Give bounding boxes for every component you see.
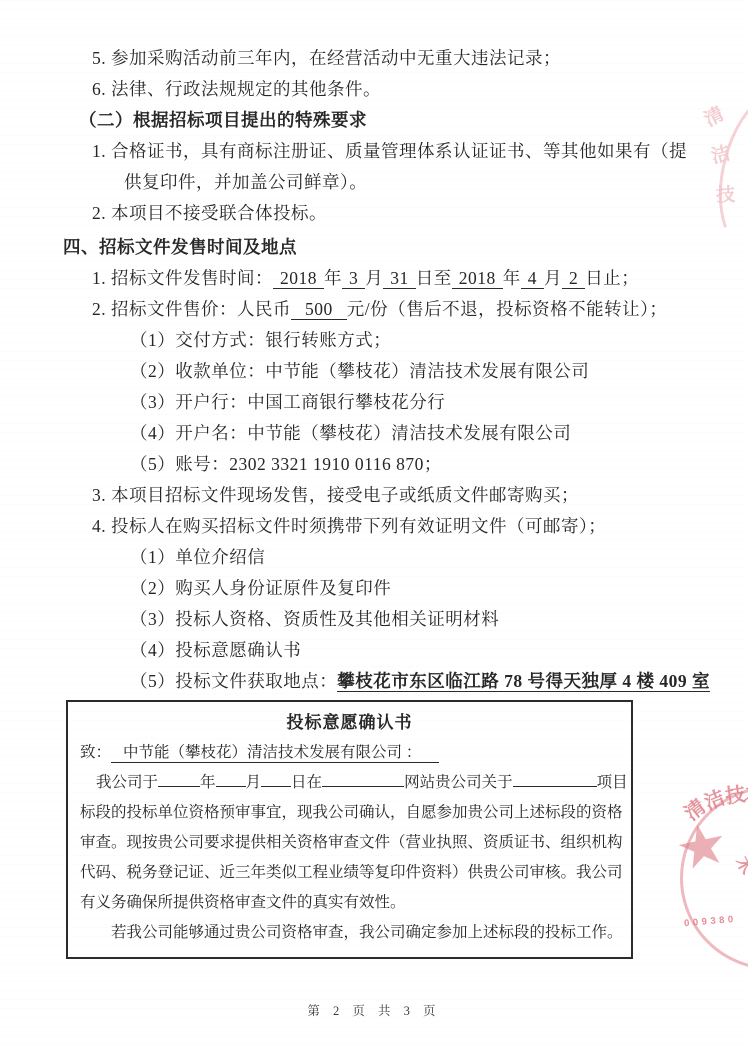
unit-day-to: 日至: [416, 268, 452, 288]
section-heading-sale-time-place: 四、招标文件发售时间及地点: [0, 232, 748, 263]
unit-year: 年: [324, 268, 342, 288]
clause-line: 2. 本项目不接受联合体投标。: [0, 198, 748, 229]
blank-project: [513, 771, 597, 788]
sale-time-line: 1. 招标文件发售时间：2018年3月31日至2018年4月2日止；: [0, 263, 748, 294]
unit-month: 月: [365, 268, 383, 288]
unit-month: 月: [544, 268, 562, 288]
sale-start-year: 2018: [273, 268, 324, 289]
fill-p2: 年: [200, 774, 216, 791]
confirmation-paragraph: 审查。现按贵公司要求提供相关资格审查文件（营业执照、资质证书、组织机构: [80, 828, 619, 858]
payment-method-line: （1）交付方式：银行转账方式；: [0, 325, 748, 356]
seal-arc-text: 清: [677, 791, 711, 826]
price-suffix: 元/份（售后不退，投标资格不能转让）；: [347, 299, 668, 319]
seal-star-icon: ★: [671, 813, 734, 881]
bid-intent-confirmation-box: 投标意愿确认书 致：中节能（攀枝花）清洁技术发展有限公司 ： 我公司于年月日在网…: [66, 700, 633, 959]
company-seal-stamp: 清 洁 技 术 术 ★ 009380: [676, 778, 748, 964]
price-prefix: 2. 招标文件售价：人民币: [92, 299, 291, 319]
required-doc-2: （2）购买人身份证原件及复印件: [0, 573, 748, 604]
addressee-label: 致：: [80, 744, 111, 761]
pickup-address: 攀枝花市东区临江路 78 号得天独厚 4 楼 409 室: [337, 671, 710, 692]
blank-year: [158, 771, 200, 788]
account-number-line: （5）账号：2302 3321 1910 0116 870；: [0, 449, 748, 480]
unit-day-end: 日止；: [585, 268, 639, 288]
unit-year: 年: [503, 268, 521, 288]
sale-end-year: 2018: [452, 268, 503, 289]
fill-in-blank-line: 我公司于年月日在网站贵公司关于项目: [80, 768, 619, 798]
account-name-line: （4）开户名：中节能（攀枝花）清洁技术发展有限公司: [0, 418, 748, 449]
blank-month: [216, 771, 246, 788]
fill-p5: 网站贵公司关于: [404, 774, 513, 791]
sale-end-month: 4: [521, 268, 544, 289]
address-prefix: （5）投标文件获取地点：: [130, 671, 337, 691]
required-doc-3: （3）投标人资格、资质性及其他相关证明材料: [0, 604, 748, 635]
sale-end-day: 2: [562, 268, 585, 289]
confirmation-paragraph: 有义务确保所提供资格审查文件的真实有效性。: [80, 888, 619, 918]
clause-line: 5. 参加采购活动前三年内，在经营活动中无重大违法记录；: [0, 43, 748, 74]
bank-line: （3）开户行：中国工商银行攀枝花分行: [0, 387, 748, 418]
seal-arc-text: 术: [731, 851, 748, 878]
fill-p6: 项目: [597, 774, 628, 791]
onsite-sale-line: 3. 本项目招标文件现场发售，接受电子或纸质文件邮寄购买；: [0, 480, 748, 511]
carry-documents-line: 4. 投标人在购买招标文件时须携带下列有效证明文件（可邮寄）；: [0, 511, 748, 542]
blank-day: [261, 771, 291, 788]
payee-line: （2）收款单位：中节能（攀枝花）清洁技术发展有限公司: [0, 356, 748, 387]
clause-line: 1. 合格证书，具有商标注册证、质量管理体系认证证书、等其他如果有（提: [0, 136, 748, 167]
confirmation-box-title: 投标意愿确认书: [80, 707, 619, 738]
confirmation-paragraph: 代码、税务登记证、近三年类似工程业绩等复印件资料）供贵公司审核。我公司: [80, 858, 619, 888]
clause-line-continuation: 供复印件，并加盖公司鲜章）。: [0, 167, 748, 198]
seal-arc-text: 技: [723, 778, 747, 810]
blank-website: [322, 771, 404, 788]
seal-serial-number: 009380: [684, 914, 737, 930]
fill-p3: 月: [246, 774, 262, 791]
addressee-line: 致：中节能（攀枝花）清洁技术发展有限公司 ：: [80, 738, 619, 768]
sale-start-month: 3: [342, 268, 365, 289]
confirmation-closing-line: 若我公司能够通过贵公司资格审查，我公司确定参加上述标段的投标工作。: [80, 918, 619, 948]
confirmation-paragraph: 标段的投标单位资格预审事宜，现我公司确认，自愿参加贵公司上述标段的资格: [80, 798, 619, 828]
addressee-company: 中节能（攀枝花）清洁技术发展有限公司 ：: [111, 744, 439, 763]
sale-start-day: 31: [383, 268, 416, 289]
page-number-indicator: 第 2 页 共 3 页: [0, 1001, 748, 1021]
seal-arc-text: 术: [744, 777, 748, 808]
required-doc-1: （1）单位介绍信: [0, 542, 748, 573]
scanned-document-page: 5. 参加采购活动前三年内，在经营活动中无重大违法记录； 6. 法律、行政法规规…: [0, 0, 748, 1046]
price-line: 2. 招标文件售价：人民币500元/份（售后不退，投标资格不能转让）；: [0, 294, 748, 325]
seal-ring: [680, 786, 748, 970]
seal-arc-text: 洁: [699, 781, 728, 815]
price-amount: 500: [291, 299, 347, 320]
sale-time-prefix: 1. 招标文件发售时间：: [92, 268, 273, 288]
section-heading-special-requirements: （二）根据招标项目提出的特殊要求: [0, 105, 748, 136]
fill-p4: 日在: [291, 774, 322, 791]
required-doc-5-address: （5）投标文件获取地点：攀枝花市东区临江路 78 号得天独厚 4 楼 409 室: [0, 666, 748, 697]
clause-line: 6. 法律、行政法规规定的其他条件。: [0, 74, 748, 105]
fill-p1: 我公司于: [80, 774, 158, 791]
required-doc-4: （4）投标意愿确认书: [0, 635, 748, 666]
